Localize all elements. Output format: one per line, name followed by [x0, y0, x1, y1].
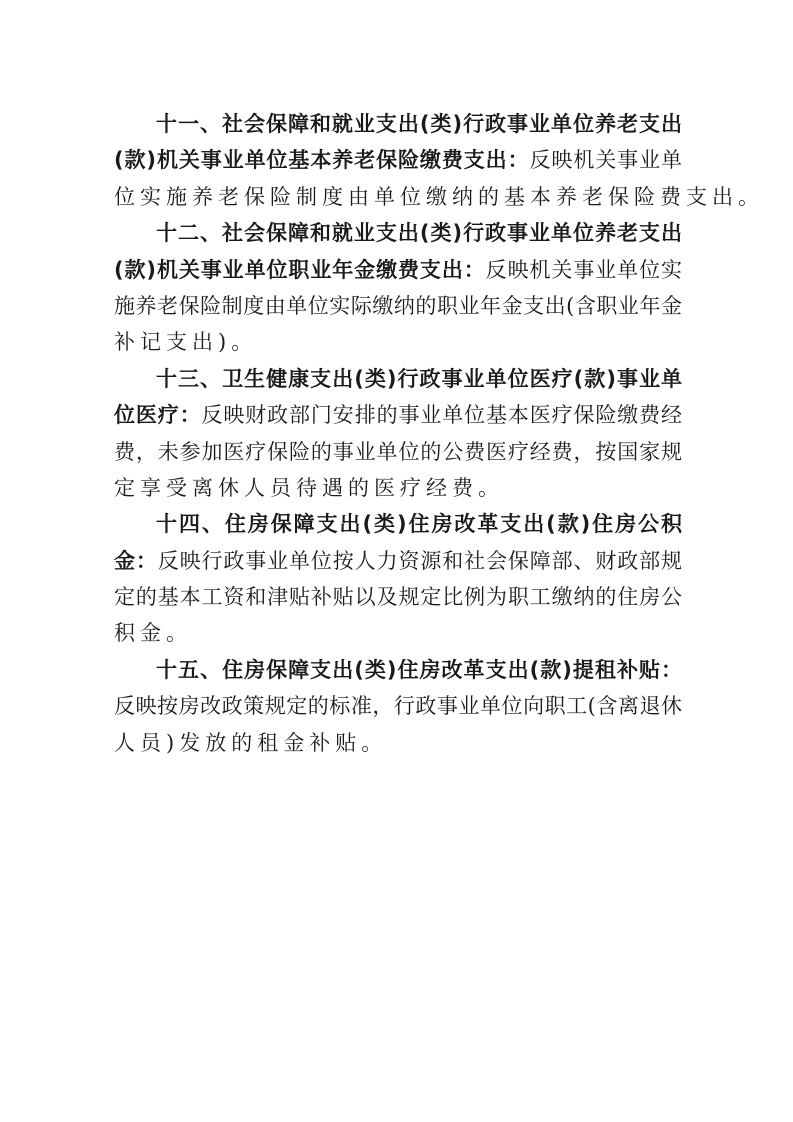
item-description: 反映按房改政策规定的标准，行政事业单位向职工(含离退休 [114, 694, 682, 718]
paragraph-item-11: 十一、社会保障和就业支出(类)行政事业单位养老支出 (款)机关事业单位基本养老保… [114, 106, 682, 215]
text-line: 定享受离休人员待遇的医疗经费。 [114, 470, 682, 506]
text-line: 位实施养老保险制度由单位缴纳的基本养老保险费支出。 [114, 179, 682, 215]
item-description: 反映财政部门安排的事业单位基本医疗保险缴费经 [202, 403, 682, 427]
item-description: 位实施养老保险制度由单位缴纳的基本养老保险费支出。 [114, 185, 764, 209]
text-line: 费，未参加医疗保险的事业单位的公费医疗经费，按国家规 [114, 434, 682, 470]
item-description: 定的基本工资和津贴补贴以及规定比例为职工缴纳的住房公 [114, 585, 682, 609]
text-line: 十二、社会保障和就业支出(类)行政事业单位养老支出 [114, 215, 682, 251]
item-description: 反映机关事业单位实 [486, 258, 682, 282]
text-line: 十四、住房保障支出(类)住房改革支出(款)住房公积 [114, 506, 682, 542]
item-description: 费，未参加医疗保险的事业单位的公费医疗经费，按国家规 [114, 440, 682, 464]
item-heading: 十一、社会保障和就业支出(类)行政事业单位养老支出 [156, 112, 682, 136]
item-heading: 十四、住房保障支出(类)住房改革支出(款)住房公积 [156, 512, 682, 536]
text-line: 位医疗：反映财政部门安排的事业单位基本医疗保险缴费经 [114, 397, 682, 433]
text-line: 十五、住房保障支出(类)住房改革支出(款)提租补贴： [114, 652, 682, 688]
item-heading: 金： [114, 549, 158, 573]
item-heading: 十三、卫生健康支出(类)行政事业单位医疗(款)事业单 [156, 367, 682, 391]
text-line: 金：反映行政事业单位按人力资源和社会保障部、财政部规 [114, 543, 682, 579]
item-description: 施养老保险制度由单位实际缴纳的职业年金支出(含职业年金 [114, 294, 682, 318]
text-line: 十一、社会保障和就业支出(类)行政事业单位养老支出 [114, 106, 682, 142]
document-page: 十一、社会保障和就业支出(类)行政事业单位养老支出 (款)机关事业单位基本养老保… [0, 0, 793, 1122]
paragraph-item-12: 十二、社会保障和就业支出(类)行政事业单位养老支出 (款)机关事业单位职业年金缴… [114, 215, 682, 361]
document-body: 十一、社会保障和就业支出(类)行政事业单位养老支出 (款)机关事业单位基本养老保… [114, 106, 682, 761]
item-heading: (款)机关事业单位职业年金缴费支出： [114, 258, 486, 282]
text-line: 定的基本工资和津贴补贴以及规定比例为职工缴纳的住房公 [114, 579, 682, 615]
text-line: (款)机关事业单位职业年金缴费支出：反映机关事业单位实 [114, 252, 682, 288]
item-description: 积金。 [114, 621, 192, 645]
item-heading: 位医疗： [114, 403, 202, 427]
item-description: 人员)发放的租金补贴。 [114, 731, 387, 755]
text-line: 施养老保险制度由单位实际缴纳的职业年金支出(含职业年金 [114, 288, 682, 324]
item-description: 反映机关事业单 [530, 148, 683, 172]
item-heading: (款)机关事业单位基本养老保险缴费支出： [114, 148, 530, 172]
item-heading: 十五、住房保障支出(类)住房改革支出(款)提租补贴： [156, 658, 682, 682]
text-line: (款)机关事业单位基本养老保险缴费支出：反映机关事业单 [114, 142, 682, 178]
text-line: 积金。 [114, 615, 682, 651]
paragraph-item-13: 十三、卫生健康支出(类)行政事业单位医疗(款)事业单 位医疗：反映财政部门安排的… [114, 361, 682, 507]
text-line: 补记支出)。 [114, 324, 682, 360]
paragraph-item-15: 十五、住房保障支出(类)住房改革支出(款)提租补贴： 反映按房改政策规定的标准，… [114, 652, 682, 761]
item-description: 反映行政事业单位按人力资源和社会保障部、财政部规 [158, 549, 682, 573]
paragraph-item-14: 十四、住房保障支出(类)住房改革支出(款)住房公积 金：反映行政事业单位按人力资… [114, 506, 682, 652]
text-line: 反映按房改政策规定的标准，行政事业单位向职工(含离退休 [114, 688, 682, 724]
item-description: 定享受离休人员待遇的医疗经费。 [114, 476, 504, 500]
item-heading: 十二、社会保障和就业支出(类)行政事业单位养老支出 [156, 221, 682, 245]
text-line: 人员)发放的租金补贴。 [114, 725, 682, 761]
item-description: 补记支出)。 [114, 330, 257, 354]
text-line: 十三、卫生健康支出(类)行政事业单位医疗(款)事业单 [114, 361, 682, 397]
